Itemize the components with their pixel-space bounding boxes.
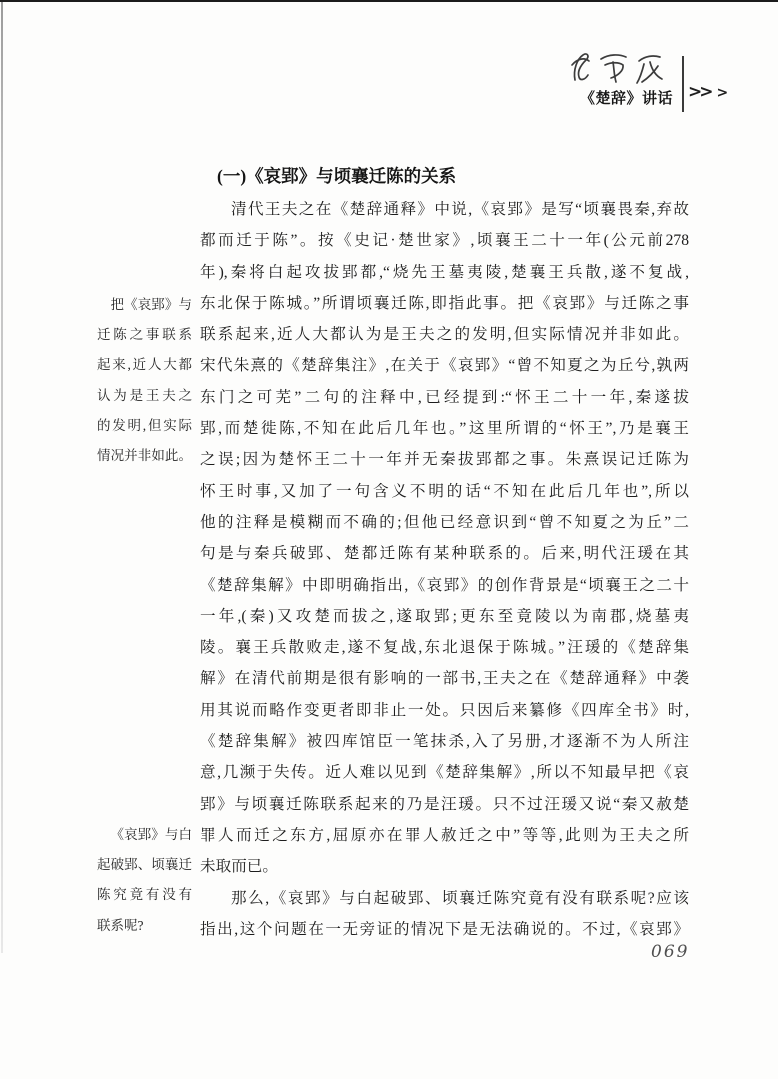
chevron-icon: > xyxy=(688,82,699,102)
body-line: 一年,(秦)又攻楚而拔之,遂取郢;更东至竟陵以为南郡,烧墓夷 xyxy=(200,601,689,632)
body-line: 郢》与顷襄迁陈联系起来的乃是汪瑗。只不过汪瑗又说“秦又赦楚 xyxy=(200,789,689,820)
body-line: 清代王夫之在《楚辞通释》中说,《哀郢》是写“顷襄畏秦,弃故 xyxy=(200,194,689,225)
margin-note-line: 起破郢、顷襄迁 xyxy=(97,850,192,880)
body-line: 东北保于陈城。”所谓顷襄迁陈,即指此事。把《哀郢》与迁陈之事 xyxy=(200,288,689,319)
body-line: 联系起来,近人大都认为是王夫之的发明,但实际情况并非如此。 xyxy=(200,319,689,350)
body-line: 那么,《哀郢》与白起破郢、顷襄迁陈究竟有没有联系呢?应该 xyxy=(200,883,689,914)
chevron-icon: > xyxy=(699,82,710,102)
margin-note-line: 《哀郢》与白 xyxy=(97,820,192,850)
body-line: 用其说而略作变更者即非止一处。只因后来纂修《四库全书》时, xyxy=(200,695,689,726)
margin-note-2: 《哀郢》与白 起破郢、顷襄迁 陈究竟有没有 联系呢? xyxy=(97,820,192,941)
book-page: 《楚辞》讲话 >>> (一)《哀郢》与顷襄迁陈的关系 把《哀郢》与 迁陈之事联系… xyxy=(0,0,778,1079)
body-line: 之误;因为楚怀王二十一年并无秦拔郢都之事。朱熹误记迁陈为 xyxy=(200,444,689,475)
chevron-icon: > xyxy=(717,85,726,101)
body-line: 都而迁于陈”。按《史记·楚世家》,顷襄王二十一年(公元前278 xyxy=(200,225,689,256)
scan-edge-left xyxy=(1,2,3,953)
series-title: 《楚辞》讲话 xyxy=(580,87,690,108)
body-line: 东门之可芜”二句的注释中,已经提到:“怀王二十一年,秦遂拔 xyxy=(200,382,689,413)
body-line: 陵。襄王兵散败走,遂不复战,东北退保于陈城。”汪瑗的《楚辞集 xyxy=(200,632,689,663)
body-line: 郢,而楚徙陈,不知在此后几年也。”这里所谓的“怀王”,乃是襄王 xyxy=(200,413,689,444)
body-line: 年),秦将白起攻拔郢都,“烧先王墓夷陵,楚襄王兵散,遂不复战, xyxy=(200,257,689,288)
body-line: 他的注释是模糊而不确的;但他已经意识到“曾不知夏之为丘”二 xyxy=(200,507,689,538)
calligraphy-signature xyxy=(565,48,673,92)
scan-edge-top xyxy=(0,0,778,2)
margin-note-line: 联系呢? xyxy=(97,911,192,941)
margin-note-1: 把《哀郢》与 迁陈之事联系 起来,近人大都 认为是王夫之 的发明,但实际 情况并… xyxy=(97,290,192,471)
body-line: 《楚辞集解》中即明确指出,《哀郢》的创作背景是“顷襄王之二十 xyxy=(200,570,689,601)
margin-note-line: 认为是王夫之 xyxy=(97,381,192,411)
body-line: 《楚辞集解》被四库馆臣一笔抹杀,入了另册,才逐渐不为人所注 xyxy=(200,726,689,757)
body-line: 罪人而迁之东方,屈原亦在罪人赦迁之中”等等,此则为王夫之所 xyxy=(200,820,689,851)
margin-note-line: 迁陈之事联系 xyxy=(97,320,192,350)
page-number: 069 xyxy=(651,942,689,962)
body-line: 句是与秦兵破郢、楚都迁陈有某种联系的。后来,明代汪瑗在其 xyxy=(200,538,689,569)
body-line: 宋代朱熹的《楚辞集注》,在关于《哀郢》“曾不知夏之为丘兮,孰两 xyxy=(200,350,689,381)
body-line: 意,几濒于失传。近人难以见到《楚辞集解》,所以不知最早把《哀 xyxy=(200,757,689,788)
body-line: 指出,这个问题在一无旁证的情况下是无法确说的。不过,《哀郢》 xyxy=(200,914,689,945)
margin-note-line: 陈究竟有没有 xyxy=(97,880,192,910)
section-title: (一)《哀郢》与顷襄迁陈的关系 xyxy=(200,163,689,188)
body-text: 清代王夫之在《楚辞通释》中说,《哀郢》是写“顷襄畏秦,弃故 都而迁于陈”。按《史… xyxy=(200,194,689,945)
margin-note-line: 起来,近人大都 xyxy=(97,350,192,380)
body-line: 解》在清代前期是很有影响的一部书,王夫之在《楚辞通释》中袭 xyxy=(200,663,689,694)
header-divider-line xyxy=(682,56,684,112)
chevrons-icon: >>> xyxy=(688,82,725,102)
body-line: 怀王时事,又加了一句含义不明的话“不知在此后几年也”,所以 xyxy=(200,476,689,507)
margin-note-line: 的发明,但实际 xyxy=(97,411,192,441)
margin-note-line: 情况并非如此。 xyxy=(97,441,192,471)
margin-note-line: 把《哀郢》与 xyxy=(97,290,192,320)
body-line: 未取而已。 xyxy=(200,851,689,882)
